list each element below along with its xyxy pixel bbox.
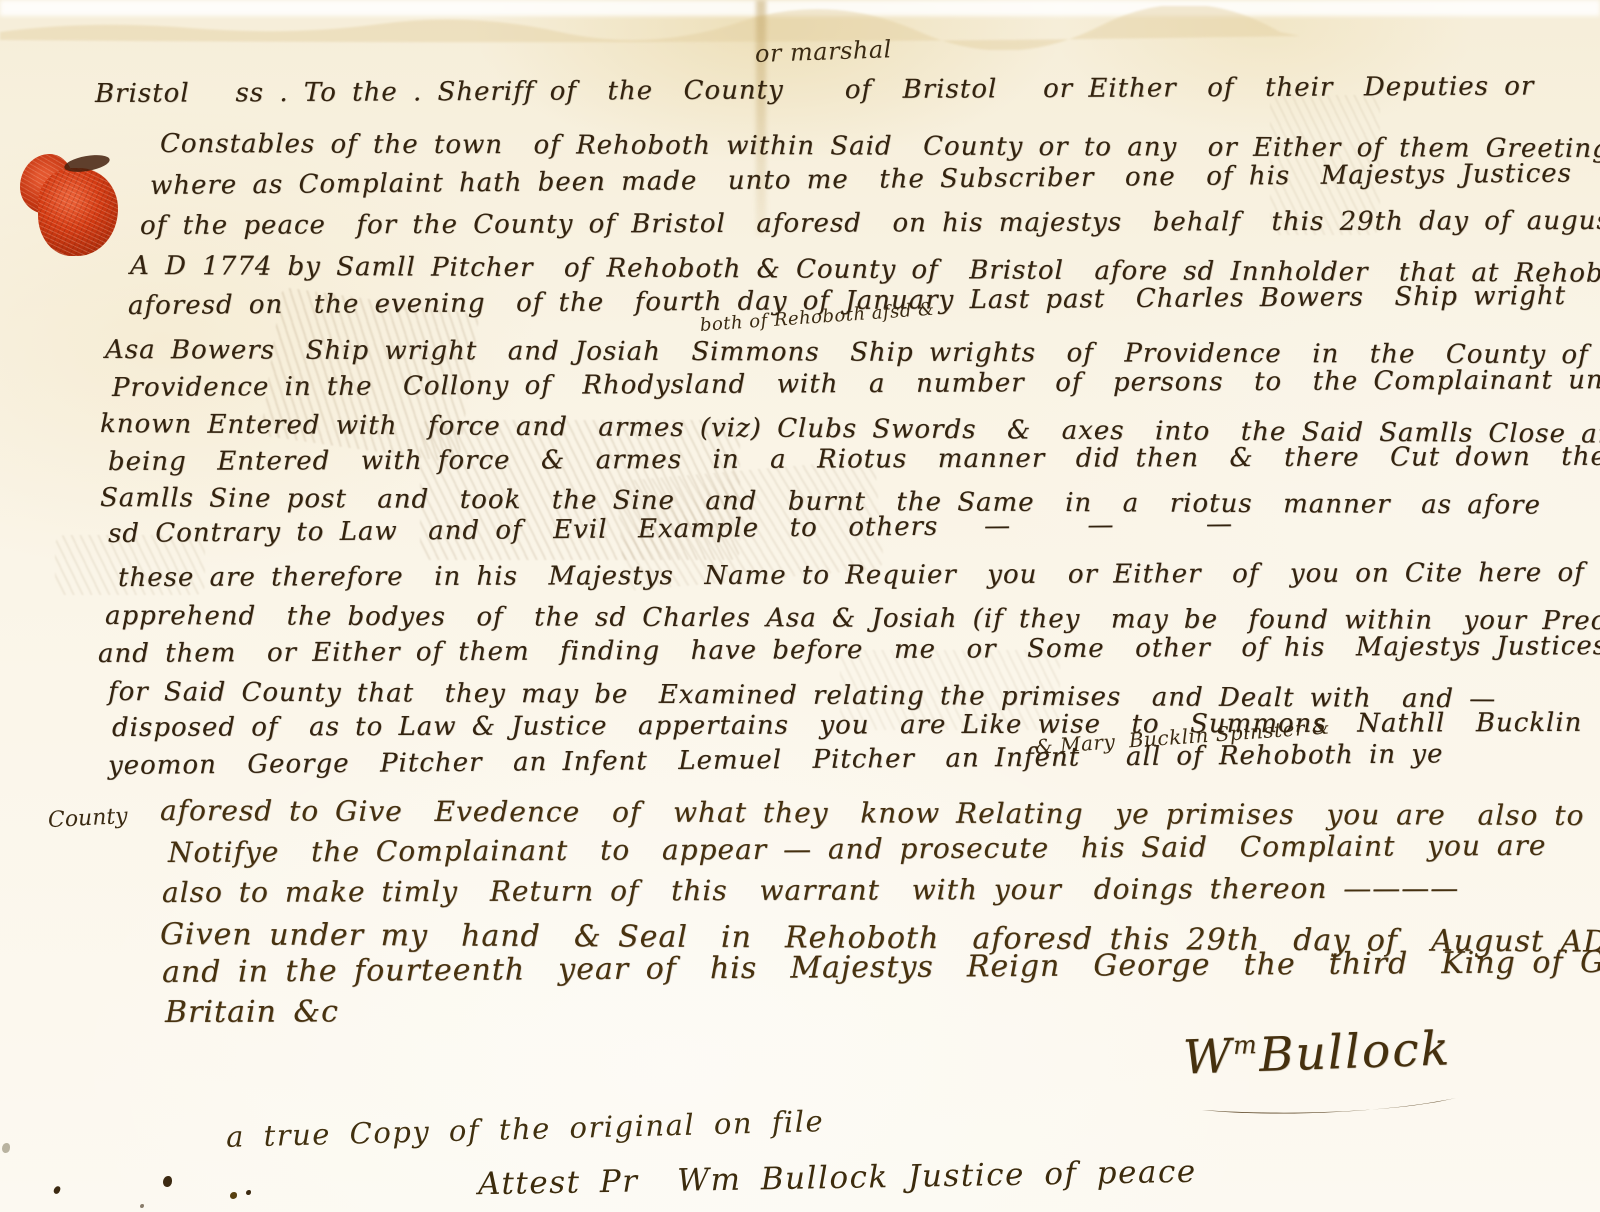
manuscript-line: also to make timly Return of this warran… bbox=[162, 873, 1459, 908]
manuscript-line: Britain &c bbox=[165, 995, 339, 1029]
manuscript-line: these are therefore in his Majestys Name… bbox=[118, 559, 1600, 593]
manuscript-line: apprehend the bodyes of the sd Charles A… bbox=[105, 602, 1600, 636]
manuscript-line: aforesd to Give Evedence of what they kn… bbox=[160, 796, 1585, 832]
wax-seal-lobe bbox=[38, 168, 118, 256]
ink-speck bbox=[163, 1176, 172, 1187]
signature-flourish bbox=[1198, 1090, 1468, 1118]
manuscript-line: being Entered with force & armes in a Ri… bbox=[108, 442, 1600, 476]
wax-seal bbox=[20, 154, 120, 262]
manuscript-line: disposed of as to Law & Justice appertai… bbox=[112, 709, 1582, 743]
manuscript-line: sd Contrary to Law and of Evil Example t… bbox=[108, 510, 1233, 548]
ink-speck bbox=[140, 1204, 144, 1208]
interlinear-note: or marshal bbox=[755, 35, 893, 68]
ink-speck bbox=[2, 1143, 10, 1153]
manuscript-line: of the peace for the County of Bristol a… bbox=[140, 207, 1600, 241]
attestation-justice-line: Attest Pr Wm Bullock Justice of peace bbox=[478, 1154, 1197, 1203]
signature-surname: Bullock bbox=[1258, 1021, 1452, 1083]
document-page: or marshal both of Rehoboth afsd & & Mar… bbox=[0, 0, 1600, 1212]
ink-speck bbox=[53, 1185, 61, 1195]
margin-note: County bbox=[47, 804, 128, 833]
manuscript-line: Constables of the town of Rehoboth withi… bbox=[160, 130, 1600, 164]
manuscript-line: yeomon George Pitcher an Infent Lemuel P… bbox=[108, 740, 1444, 780]
attestation-copy-line: a true Copy of the original on file bbox=[226, 1104, 825, 1154]
manuscript-line: aforesd on the evening of the fourth day… bbox=[128, 282, 1566, 321]
manuscript-line: Notifye the Complainant to appear — and … bbox=[168, 831, 1547, 869]
paper-fold-crease bbox=[756, 0, 766, 235]
ink-speck bbox=[230, 1192, 237, 1199]
signature: WmBullock bbox=[1182, 1021, 1452, 1085]
ink-speck bbox=[246, 1190, 251, 1195]
manuscript-line: Providence in the Collony of Rhodysland … bbox=[112, 366, 1600, 402]
signature-initial: W bbox=[1182, 1029, 1234, 1086]
manuscript-line: and them or Either of them finding have … bbox=[98, 632, 1600, 668]
manuscript-line: Asa Bowers Ship wright and Josiah Simmon… bbox=[105, 336, 1589, 370]
signature-superscript: m bbox=[1232, 1030, 1259, 1060]
